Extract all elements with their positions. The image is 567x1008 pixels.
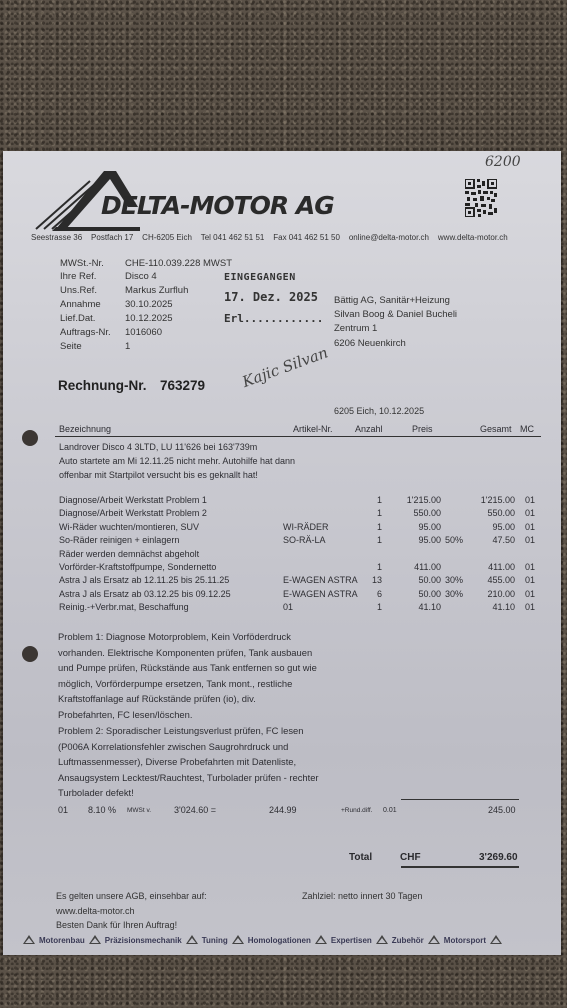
place-date: 6205 Eich, 10.12.2025 [334, 406, 424, 416]
problem2-note: Problem 2: Sporadischer Leistungsverlust… [58, 723, 319, 801]
header-divider [55, 436, 541, 437]
cell-mc: 01 [525, 575, 535, 585]
recipient-line: 6206 Neuenkirch [334, 338, 406, 349]
cell-price: 95.00 [418, 522, 441, 532]
received-stamp-erl: Erl............ [224, 312, 323, 325]
header-description: Bezeichnung [59, 424, 111, 434]
intro-text: offenbar mit Startpilot versucht bis es … [59, 470, 258, 480]
address-phone: Tel 041 462 51 51 [201, 233, 265, 242]
cell-mc: 01 [525, 522, 535, 532]
table-row: So-Räder reinigen + einlagernSO-RÄ-LA195… [3, 535, 561, 548]
hole-punch [22, 646, 38, 662]
meta-label: Ihre Ref. [60, 271, 96, 282]
cell-price: 411.00 [414, 562, 441, 572]
vat-rate: 8.10 % [88, 805, 116, 815]
vat-code: 01 [58, 805, 68, 815]
vat-row: 01 8.10 % MWSt v. 3'024.60 = 244.99 +Run… [3, 805, 561, 818]
total-label: Total [349, 852, 372, 863]
received-stamp-title: EINGEGANGEN [224, 272, 296, 283]
recipient-line: Silvan Boog & Daniel Bucheli [334, 309, 457, 320]
meta-label: MWSt.-Nr. [60, 258, 104, 269]
meta-label: Annahme [60, 299, 101, 310]
cell-article: WI-RÄDER [283, 522, 329, 532]
vat-amount: 244.99 [269, 805, 297, 815]
cell-qty: 1 [377, 508, 382, 518]
cell-description: Wi-Räder wuchten/montieren, SUV [59, 522, 199, 532]
header-mc: MC [520, 424, 534, 434]
meta-label: Lief.Dat. [60, 313, 95, 324]
table-row: Vorförder-Kraftstoffpumpe, Sondernetto14… [3, 562, 561, 575]
header-total: Gesamt [480, 424, 512, 434]
meta-value: 1016060 [125, 327, 162, 338]
cell-qty: 13 [372, 575, 382, 585]
cell-description: Vorförder-Kraftstoffpumpe, Sondernetto [59, 562, 216, 572]
delta-triangle-icon [376, 935, 388, 944]
rounding-value: 0.01 [383, 807, 397, 814]
delta-triangle-icon [186, 935, 198, 944]
meta-value: Disco 4 [125, 271, 157, 282]
cell-mc: 01 [525, 508, 535, 518]
header-article: Artikel-Nr. [293, 424, 333, 434]
total-currency: CHF [400, 852, 421, 863]
meta-label: Uns.Ref. [60, 285, 97, 296]
cell-qty: 1 [377, 535, 382, 545]
service-item: Zubehör [392, 936, 424, 945]
cell-price: 50.00 [418, 575, 441, 585]
company-address-line: Seestrasse 36 Postfach 17 CH-6205 Eich T… [31, 233, 508, 242]
services-bar: MotorenbauPräzisionsmechanikTuningHomolo… [23, 930, 506, 948]
delta-triangle-icon [428, 935, 440, 944]
cell-total: 210.00 [487, 589, 515, 599]
cell-discount: 50% [445, 535, 463, 545]
intro-line: Landrover Disco 4 3LTD, LU 11'626 bei 16… [3, 442, 561, 455]
cell-total: 41.10 [492, 602, 515, 612]
cell-article: E-WAGEN ASTRA [283, 589, 358, 599]
vat-base: 3'024.60 = [174, 805, 216, 815]
cell-price: 50.00 [418, 589, 441, 599]
payment-terms: Zahlziel: netto innert 30 Tagen [302, 891, 422, 901]
invoice-number-label: Rechnung-Nr. [58, 378, 147, 393]
cell-total: 95.00 [492, 522, 515, 532]
service-item: Expertisen [331, 936, 372, 945]
header-price: Preis [412, 424, 433, 434]
address-fax: Fax 041 462 51 50 [273, 233, 340, 242]
table-row: Wi-Räder wuchten/montieren, SUVWI-RÄDER1… [3, 522, 561, 535]
cell-total: 411.00 [488, 562, 515, 572]
vat-total: 245.00 [488, 805, 516, 815]
cell-price: 95.00 [418, 535, 441, 545]
table-row: Räder werden demnächst abgeholt [3, 549, 561, 562]
intro-line: offenbar mit Startpilot versucht bis es … [3, 470, 561, 483]
cell-discount: 30% [445, 575, 463, 585]
cell-article: E-WAGEN ASTRA [283, 575, 358, 585]
delta-triangle-icon [89, 935, 101, 944]
cell-description: Diagnose/Arbeit Werkstatt Problem 1 [59, 495, 207, 505]
cell-description: Diagnose/Arbeit Werkstatt Problem 2 [59, 508, 207, 518]
cell-qty: 1 [377, 495, 382, 505]
cell-total: 47.50 [492, 535, 515, 545]
meta-label: Auftrags-Nr. [60, 327, 111, 338]
service-item: Motorsport [444, 936, 486, 945]
total-amount: 3'269.60 [479, 852, 518, 863]
cell-mc: 01 [525, 495, 535, 505]
meta-label: Seite [60, 341, 82, 352]
total-underline [401, 866, 519, 868]
cell-description: Astra J als Ersatz ab 03.12.25 bis 09.12… [59, 589, 231, 599]
address-street: Seestrasse 36 [31, 233, 82, 242]
meta-value: 30.10.2025 [125, 299, 173, 310]
delta-triangle-icon [490, 935, 502, 944]
table-row: Astra J als Ersatz ab 03.12.25 bis 09.12… [3, 589, 561, 602]
cell-description: So-Räder reinigen + einlagern [59, 535, 179, 545]
cell-mc: 01 [525, 535, 535, 545]
thanks-line: Besten Dank für Ihren Auftrag! [56, 920, 177, 930]
cell-description: Reinig.-+Verbr.mat, Beschaffung [59, 602, 189, 612]
service-item: Tuning [202, 936, 228, 945]
service-item: Homologationen [248, 936, 311, 945]
qr-code-icon [465, 179, 497, 217]
address-postbox: Postfach 17 [91, 233, 133, 242]
intro-text: Auto startete am Mi 12.11.25 nicht mehr.… [59, 456, 295, 466]
cell-total: 550.00 [487, 508, 515, 518]
table-row: Diagnose/Arbeit Werkstatt Problem 21550.… [3, 508, 561, 521]
vat-rate-label: MWSt v. [127, 807, 151, 814]
cell-mc: 01 [525, 602, 535, 612]
recipient-line: Bättig AG, Sanitär+Heizung [334, 295, 450, 306]
service-item: Motorenbau [39, 936, 85, 945]
header-qty: Anzahl [355, 424, 383, 434]
cell-price: 1'215.00 [407, 495, 441, 505]
cell-total: 455.00 [487, 575, 515, 585]
cell-description: Räder werden demnächst abgeholt [59, 549, 199, 559]
meta-value: CHE-110.039.228 MWST [125, 258, 232, 269]
intro-text: Landrover Disco 4 3LTD, LU 11'626 bei 16… [59, 442, 257, 452]
cell-qty: 6 [377, 589, 382, 599]
meta-value: 10.12.2025 [125, 313, 173, 324]
cell-price: 550.00 [413, 508, 441, 518]
cell-description: Astra J als Ersatz ab 12.11.25 bis 25.11… [59, 575, 229, 585]
cell-mc: 01 [525, 589, 535, 599]
agb-line: Es gelten unsere AGB, einsehbar auf: [56, 891, 207, 901]
service-item: Präzisionsmechanik [105, 936, 182, 945]
cell-discount: 30% [445, 589, 463, 599]
cell-price: 41.10 [418, 602, 441, 612]
cell-qty: 1 [377, 562, 382, 572]
vat-divider [401, 799, 519, 800]
handwritten-note: Kajic Silvan [240, 343, 330, 391]
cell-article: 01 [283, 602, 293, 612]
delta-triangle-icon [315, 935, 327, 944]
meta-value: Markus Zurfluh [125, 285, 188, 296]
delta-triangle-icon [23, 935, 35, 944]
received-stamp-date: 17. Dez. 2025 [224, 290, 318, 304]
table-row: Diagnose/Arbeit Werkstatt Problem 111'21… [3, 495, 561, 508]
cell-total: 1'215.00 [481, 495, 515, 505]
handwritten-code: 6200 [485, 154, 521, 170]
intro-line: Auto startete am Mi 12.11.25 nicht mehr.… [3, 456, 561, 469]
cell-mc: 01 [525, 562, 535, 572]
problem1-note: Problem 1: Diagnose Motorproblem, Kein V… [58, 629, 317, 722]
address-website: www.delta-motor.ch [438, 233, 508, 242]
invoice-number: 763279 [160, 378, 205, 393]
address-email: online@delta-motor.ch [349, 233, 429, 242]
recipient-line: Zentrum 1 [334, 323, 377, 334]
agb-website: www.delta-motor.ch [56, 906, 135, 916]
address-city: CH-6205 Eich [142, 233, 192, 242]
company-name: DELTA-MOTOR AG [101, 191, 334, 220]
delta-triangle-icon [232, 935, 244, 944]
rounding-label: +Rund.diff. [341, 807, 373, 814]
invoice-paper: DELTA-MOTOR AG 6200 Seestrasse 36 Postfa… [3, 151, 561, 955]
cell-article: SO-RÄ-LA [283, 535, 326, 545]
table-row: Reinig.-+Verbr.mat, Beschaffung01141.104… [3, 602, 561, 615]
cell-qty: 1 [377, 522, 382, 532]
meta-value: 1 [125, 341, 130, 352]
table-row: Astra J als Ersatz ab 12.11.25 bis 25.11… [3, 575, 561, 588]
cell-qty: 1 [377, 602, 382, 612]
